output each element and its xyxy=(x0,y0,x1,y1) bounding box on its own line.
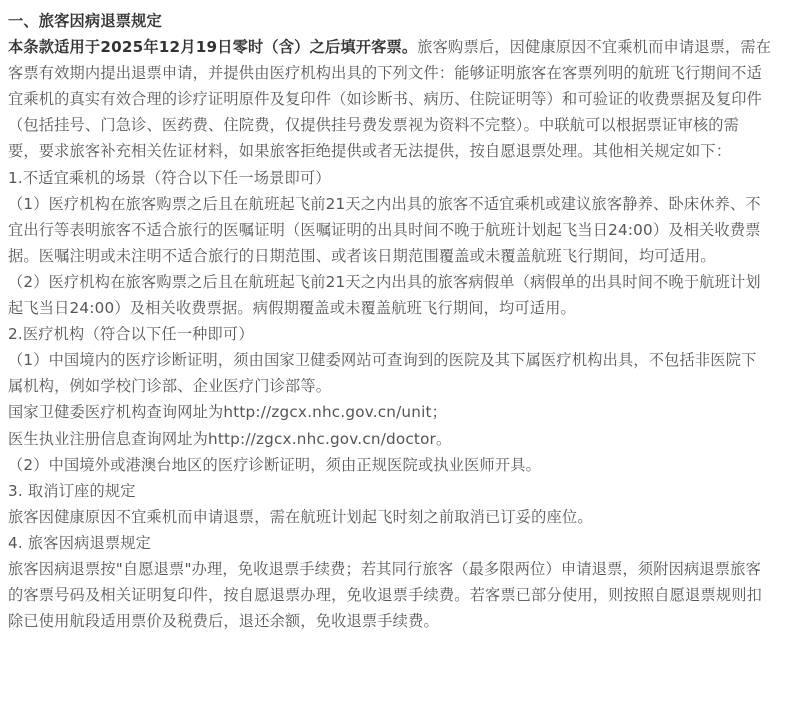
nhc-doctor-lookup-text: 医生执业注册信息查询网址为http://zgcx.nhc.gov.cn/doct… xyxy=(8,426,792,452)
document-heading: 一、旅客因病退票规定 xyxy=(8,8,792,34)
intro-bold-lead: 本条款适用于2025年12月19日零时（含）之后填开客票。 xyxy=(8,38,417,56)
section-1-item-2-line: 起飞当日24:00）及相关收费票据。病假期覆盖或未覆盖航班飞行期间，均可适用。 xyxy=(8,295,792,321)
section-1-item-1-line: 宜出行等表明旅客不适合旅行的医嘱证明（医嘱证明的出具时间不晚于航班计划起飞当日2… xyxy=(8,217,792,243)
intro-line: （包括挂号、门急诊、医药费、住院费，仅提供挂号费发票视为资料不完整）。中联航可以… xyxy=(8,112,792,138)
section-3-heading: 3. 取消订座的规定 xyxy=(8,478,792,504)
section-3-body: 旅客因健康原因不宜乘机而申请退票，需在航班计划起飞时刻之前取消已订妥的座位。 xyxy=(8,504,792,530)
section-1-heading: 1.不适宜乘机的场景（符合以下任一场景即可） xyxy=(8,165,792,191)
section-2-item-1-line: （1）中国境内的医疗诊断证明，须由国家卫健委网站可查询到的医院及其下属医疗机构出… xyxy=(8,347,792,373)
nhc-unit-lookup-text: 国家卫健委医疗机构查询网址为http://zgcx.nhc.gov.cn/uni… xyxy=(8,399,792,425)
section-2-item-2: （2）中国境外或港澳台地区的医疗诊断证明，须由正规医院或执业医师开具。 xyxy=(8,452,792,478)
section-4-line: 除已使用航段适用票价及税费后，退还余额，免收退票手续费。 xyxy=(8,608,792,634)
section-2-item-1-line: 属机构，例如学校门诊部、企业医疗门诊部等。 xyxy=(8,373,792,399)
section-4-heading: 4. 旅客因病退票规定 xyxy=(8,530,792,556)
section-1-item-1-line: 据。医嘱注明或未注明不适合旅行的日期范围、或者该日期范围覆盖或未覆盖航班飞行期间… xyxy=(8,243,792,269)
refund-policy-document: 一、旅客因病退票规定 本条款适用于2025年12月19日零时（含）之后填开客票。… xyxy=(0,0,800,634)
section-1-item-2-line: （2）医疗机构在旅客购票之后且在航班起飞前21天之内出具的旅客病假单（病假单的出… xyxy=(8,269,792,295)
intro-line: 客票有效期内提出退票申请，并提供由医疗机构出具的下列文件：能够证明旅客在客票列明… xyxy=(8,60,792,86)
intro-line-1-rest: 旅客购票后，因健康原因不宜乘机而申请退票，需在 xyxy=(417,38,771,56)
intro-line: 宜乘机的真实有效合理的诊疗证明原件及复印件（如诊断书、病历、住院证明等）和可验证… xyxy=(8,86,792,112)
intro-line: 要，要求旅客补充相关佐证材料，如果旅客拒绝提供或者无法提供，按自愿退票处理。其他… xyxy=(8,138,792,164)
section-4-line: 旅客因病退票按"自愿退票"办理，免收退票手续费；若其同行旅客（最多限两位）申请退… xyxy=(8,556,792,582)
section-1-item-1-line: （1）医疗机构在旅客购票之后且在航班起飞前21天之内出具的旅客不适宜乘机或建议旅… xyxy=(8,191,792,217)
section-4-line: 的客票号码及相关证明复印件，按自愿退票办理，免收退票手续费。若客票已部分使用，则… xyxy=(8,582,792,608)
section-2-heading: 2.医疗机构（符合以下任一种即可） xyxy=(8,321,792,347)
intro-line-1: 本条款适用于2025年12月19日零时（含）之后填开客票。旅客购票后，因健康原因… xyxy=(8,34,792,60)
